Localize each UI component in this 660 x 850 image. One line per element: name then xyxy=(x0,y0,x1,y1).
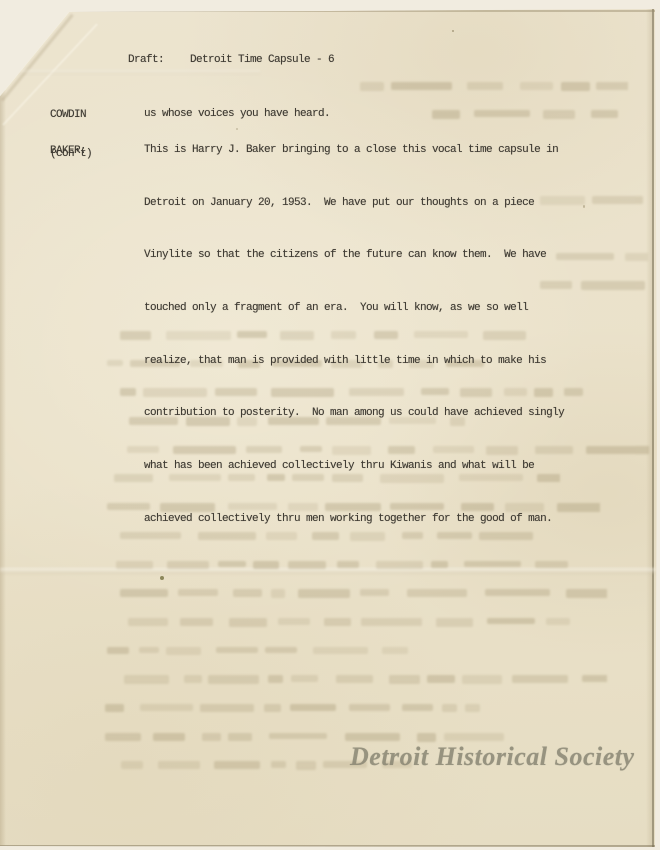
typed-line: what has been achieved collectively thru… xyxy=(144,459,564,488)
typed-line: Vinylite so that the citizens of the fut… xyxy=(144,248,564,277)
speaker-name: BAKER: xyxy=(50,145,86,158)
paper-speck xyxy=(452,30,454,32)
document-title: Detroit Time Capsule - 6 xyxy=(190,54,334,66)
paper-edge-top xyxy=(66,10,655,12)
typed-line: contribution to posterity. No man among … xyxy=(144,406,564,435)
speaker-label-baker: BAKER: xyxy=(50,119,86,184)
paper-edge-right xyxy=(652,9,654,847)
watermark: Detroit Historical Society xyxy=(350,742,635,772)
draft-label: Draft: xyxy=(128,54,164,66)
paper-crease-middle xyxy=(0,568,656,574)
typed-line: achieved collectively thru men working t… xyxy=(144,512,564,541)
typed-line: realize, that man is provided with littl… xyxy=(144,354,564,383)
typed-line: This is Harry J. Baker bringing to a clo… xyxy=(144,143,564,172)
document-header: Draft:Detroit Time Capsule - 6 xyxy=(92,42,334,78)
typed-line: touched only a fragment of an era. You w… xyxy=(144,301,564,330)
paper-edge-bottom xyxy=(0,845,656,847)
paper-edge-left xyxy=(0,90,6,847)
typed-line: Detroit on January 20, 1953. We have put… xyxy=(144,196,564,225)
paper-speck xyxy=(583,205,585,208)
paper-speck xyxy=(160,576,164,580)
scanned-document: Draft:Detroit Time Capsule - 6 COWDIN (c… xyxy=(0,0,660,850)
dialogue-baker: This is Harry J. Baker bringing to a clo… xyxy=(144,119,564,565)
document-page: Draft:Detroit Time Capsule - 6 COWDIN (c… xyxy=(0,0,660,850)
